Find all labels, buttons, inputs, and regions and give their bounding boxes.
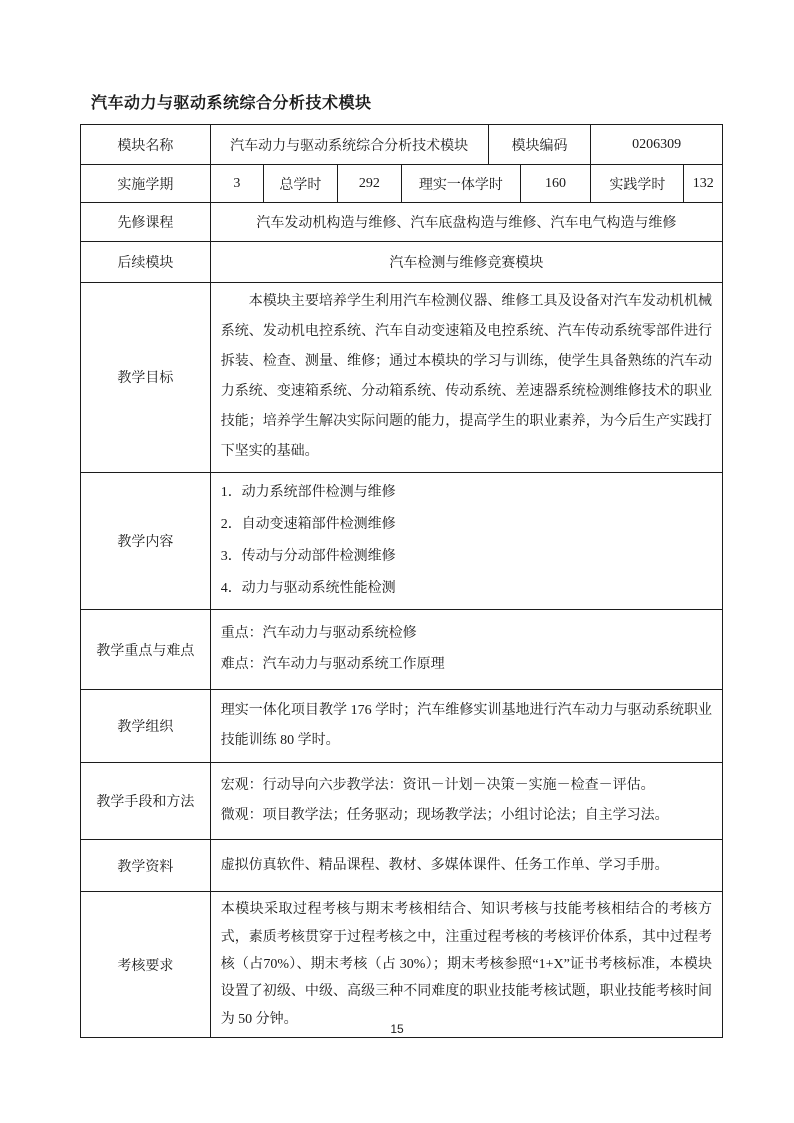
content-item: 2．自动变速箱部件检测维修	[221, 509, 712, 541]
table-row: 教学内容 1．动力系统部件检测与维修 2．自动变速箱部件检测维修 3．传动与分动…	[81, 472, 723, 610]
table-row: 教学组织 理实一体化项目教学 176 学时；汽车维修实训基地进行汽车动力与驱动系…	[81, 690, 723, 763]
focus-label: 教学重点与难点	[81, 610, 211, 690]
objectives-label: 教学目标	[81, 283, 211, 473]
table-row: 教学资料 虚拟仿真软件、精品课程、教材、多媒体课件、任务工作单、学习手册。	[81, 840, 723, 892]
organization-paragraph: 理实一体化项目教学 176 学时；汽车维修实训基地进行汽车动力与驱动系统职业技能…	[221, 696, 712, 756]
methods-micro-line: 微观：项目教学法；任务驱动；现场教学法；小组讨论法；自主学习法。	[221, 801, 712, 832]
organization-label: 教学组织	[81, 690, 211, 763]
materials-label: 教学资料	[81, 840, 211, 892]
table-row: 实施学期 3 总学时 292 理实一体学时 160 实践学时 132	[81, 165, 723, 203]
page-title: 汽车动力与驱动系统综合分析技术模块	[91, 90, 372, 113]
practice-hours-label: 实践学时	[591, 165, 684, 203]
content-item: 1．动力系统部件检测与维修	[221, 477, 712, 509]
page-number: 15	[0, 1022, 794, 1036]
objectives-paragraph: 本模块主要培养学生利用汽车检测仪器、维修工具及设备对汽车发动机机械系统、发动机电…	[221, 287, 712, 468]
module-name-value: 汽车动力与驱动系统综合分析技术模块	[210, 125, 488, 165]
focus-key-line: 重点：汽车动力与驱动系统检修	[221, 619, 712, 650]
content-label: 教学内容	[81, 472, 211, 610]
assessment-paragraph: 本模块采取过程考核与期末考核相结合、知识考核与技能考核相结合的考核方式，素质考核…	[221, 896, 712, 1032]
methods-value: 宏观：行动导向六步教学法：资讯－计划－决策－实施－检查－评估。 微观：项目教学法…	[210, 763, 722, 840]
organization-value: 理实一体化项目教学 176 学时；汽车维修实训基地进行汽车动力与驱动系统职业技能…	[210, 690, 722, 763]
content-item: 4．动力与驱动系统性能检测	[221, 573, 712, 605]
prereq-value: 汽车发动机构造与维修、汽车底盘构造与维修、汽车电气构造与维修	[210, 203, 722, 242]
assessment-value: 本模块采取过程考核与期末考核相结合、知识考核与技能考核相结合的考核方式，素质考核…	[210, 892, 722, 1037]
total-hours-value: 292	[337, 165, 401, 203]
followup-value: 汽车检测与维修竞赛模块	[210, 242, 722, 283]
materials-line: 虚拟仿真软件、精品课程、教材、多媒体课件、任务工作单、学习手册。	[221, 851, 712, 881]
assessment-label: 考核要求	[81, 892, 211, 1037]
integrated-hours-value: 160	[520, 165, 591, 203]
document-page: 汽车动力与驱动系统综合分析技术模块 模块名称 汽车动力与驱动系统综合分析技术模块…	[0, 0, 794, 1123]
semester-label: 实施学期	[81, 165, 211, 203]
focus-difficulty-line: 难点：汽车动力与驱动系统工作原理	[221, 650, 712, 681]
materials-value: 虚拟仿真软件、精品课程、教材、多媒体课件、任务工作单、学习手册。	[210, 840, 722, 892]
methods-label: 教学手段和方法	[81, 763, 211, 840]
semester-value: 3	[210, 165, 263, 203]
table-row: 教学重点与难点 重点：汽车动力与驱动系统检修 难点：汽车动力与驱动系统工作原理	[81, 610, 723, 690]
table-row: 后续模块 汽车检测与维修竞赛模块	[81, 242, 723, 283]
focus-value: 重点：汽车动力与驱动系统检修 难点：汽车动力与驱动系统工作原理	[210, 610, 722, 690]
prereq-label: 先修课程	[81, 203, 211, 242]
module-code-label: 模块编码	[488, 125, 591, 165]
table-row: 考核要求 本模块采取过程考核与期末考核相结合、知识考核与技能考核相结合的考核方式…	[81, 892, 723, 1037]
content-value: 1．动力系统部件检测与维修 2．自动变速箱部件检测维修 3．传动与分动部件检测维…	[210, 472, 722, 610]
table-row: 先修课程 汽车发动机构造与维修、汽车底盘构造与维修、汽车电气构造与维修	[81, 203, 723, 242]
followup-label: 后续模块	[81, 242, 211, 283]
table-row: 模块名称 汽车动力与驱动系统综合分析技术模块 模块编码 0206309	[81, 125, 723, 165]
module-name-label: 模块名称	[81, 125, 211, 165]
table-row: 教学手段和方法 宏观：行动导向六步教学法：资讯－计划－决策－实施－检查－评估。 …	[81, 763, 723, 840]
total-hours-label: 总学时	[263, 165, 337, 203]
integrated-hours-label: 理实一体学时	[401, 165, 520, 203]
module-info-table: 模块名称 汽车动力与驱动系统综合分析技术模块 模块编码 0206309 实施学期…	[80, 124, 723, 1038]
table-row: 教学目标 本模块主要培养学生利用汽车检测仪器、维修工具及设备对汽车发动机机械系统…	[81, 283, 723, 473]
objectives-value: 本模块主要培养学生利用汽车检测仪器、维修工具及设备对汽车发动机机械系统、发动机电…	[210, 283, 722, 473]
content-item: 3．传动与分动部件检测维修	[221, 541, 712, 573]
module-code-value: 0206309	[591, 125, 723, 165]
methods-macro-line: 宏观：行动导向六步教学法：资讯－计划－决策－实施－检查－评估。	[221, 771, 712, 802]
practice-hours-value: 132	[684, 165, 723, 203]
